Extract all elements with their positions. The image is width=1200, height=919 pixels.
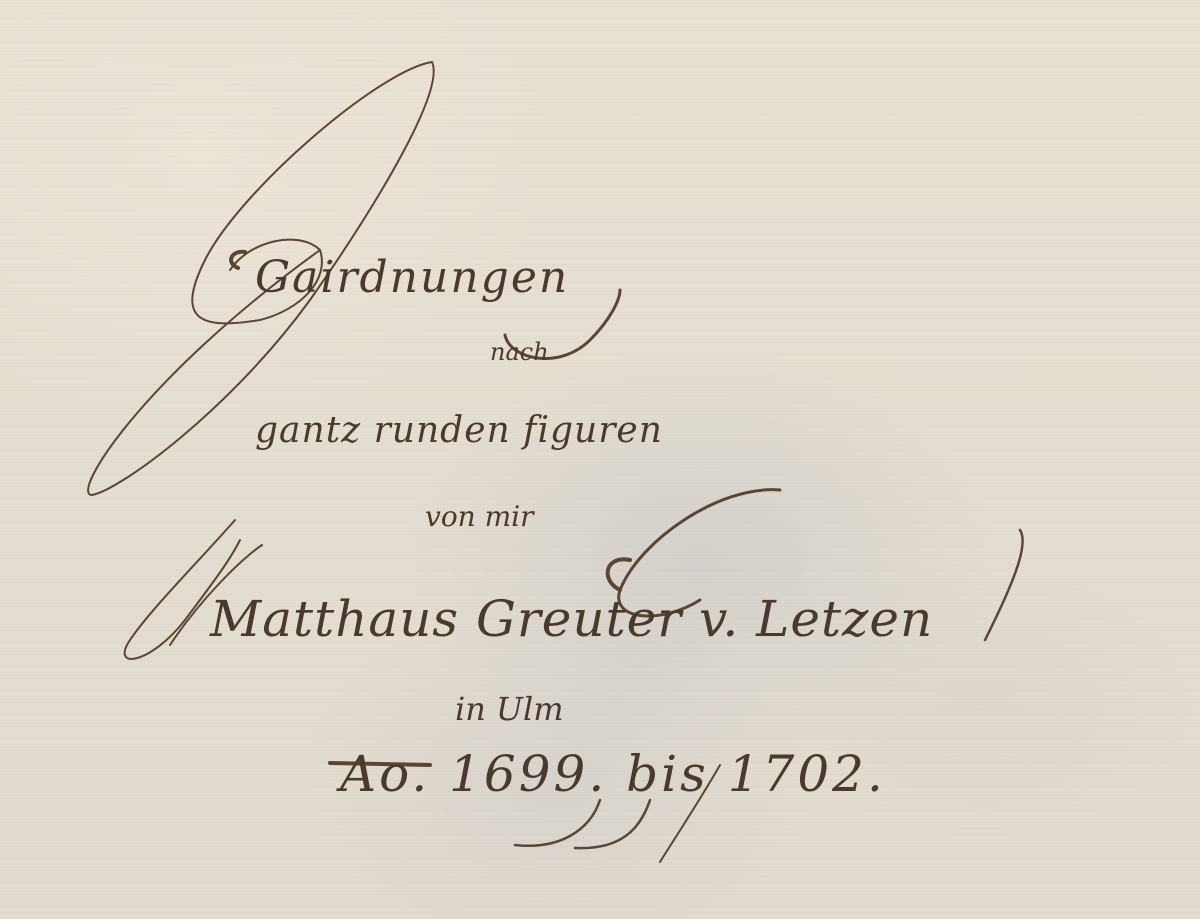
- author-name: Matthaus Greuter v. Letzen: [210, 590, 933, 648]
- line-gantz-runden-figuren: gantz runden figuren: [255, 410, 663, 451]
- line-in-ulm: in Ulm: [455, 690, 564, 728]
- date-line: Ao. 1699. bis 1702.: [340, 745, 886, 803]
- title-line-gairdnungen: Gairdnungen: [255, 252, 569, 303]
- line-von-mir: von mir: [425, 500, 534, 533]
- line-nach: nach: [490, 338, 549, 366]
